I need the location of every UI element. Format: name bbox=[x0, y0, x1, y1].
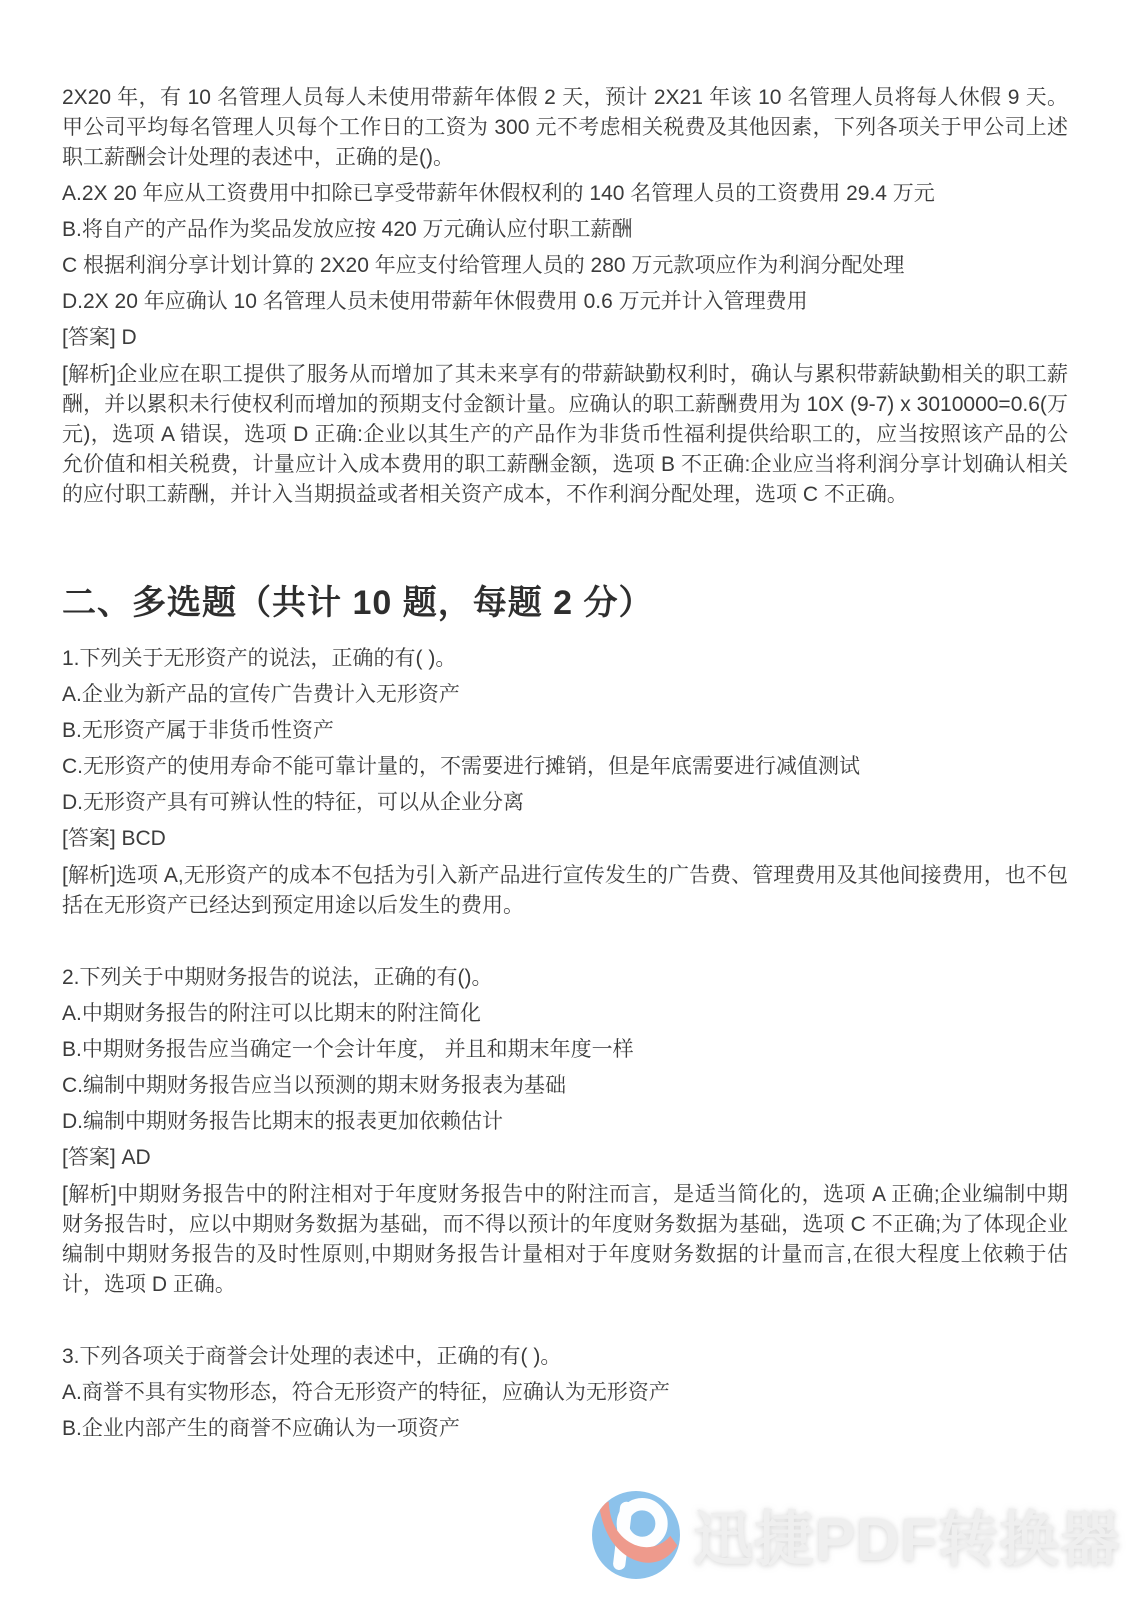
analysis-text: [解析]企业应在职工提供了服务从而增加了其未来享有的带薪缺勤权利时，确认与累积带… bbox=[62, 360, 1068, 510]
option-c: C.编制中期财务报告应当以预测的期末财务报表为基础 bbox=[62, 1071, 1068, 1101]
option-a: A.商誉不具有实物形态，符合无形资产的特征，应确认为无形资产 bbox=[62, 1378, 1068, 1408]
answer-line: [答案] AD bbox=[62, 1143, 1068, 1173]
question-stem: 2.下列关于中期财务报告的说法，正确的有()。 bbox=[62, 963, 1068, 993]
option-d: D.2X 20 年应确认 10 名管理人员未使用带薪年休假费用 0.6 万元并计… bbox=[62, 287, 1068, 317]
watermark: 迅捷PDF转换器 bbox=[592, 1491, 1121, 1579]
question-stem: 3.下列各项关于商誉会计处理的表述中，正确的有( )。 bbox=[62, 1342, 1068, 1372]
section-title: 二、多选题（共计 10 题，每题 2 分） bbox=[62, 580, 1068, 626]
option-c: C 根据利润分享计划计算的 2X20 年应支付给管理人员的 280 万元款项应作… bbox=[62, 251, 1068, 281]
option-d: D.编制中期财务报告比期末的报表更加依赖估计 bbox=[62, 1107, 1068, 1137]
option-a: A.中期财务报告的附注可以比期末的附注简化 bbox=[62, 999, 1068, 1029]
option-c: C.无形资产的使用寿命不能可靠计量的，不需要进行摊销，但是年底需要进行减值测试 bbox=[62, 752, 1068, 782]
question-block-2: 2.下列关于中期财务报告的说法，正确的有()。 A.中期财务报告的附注可以比期末… bbox=[62, 963, 1068, 1300]
question-block-3: 3.下列各项关于商誉会计处理的表述中，正确的有( )。 A.商誉不具有实物形态，… bbox=[62, 1342, 1068, 1444]
option-list: A.企业为新产品的宣传广告费计入无形资产 B.无形资产属于非货币性资产 C.无形… bbox=[62, 680, 1068, 818]
option-b: B.中期财务报告应当确定一个会计年度， 并且和期末年度一样 bbox=[62, 1035, 1068, 1065]
watermark-text: 迅捷PDF转换器 bbox=[693, 1492, 1121, 1578]
xunjie-pdf-converter-logo-icon bbox=[592, 1491, 680, 1579]
option-list: A.2X 20 年应从工资费用中扣除已享受带薪年休假权利的 140 名管理人员的… bbox=[62, 179, 1068, 317]
answer-line: [答案] D bbox=[62, 323, 1068, 353]
option-a: A.2X 20 年应从工资费用中扣除已享受带薪年休假权利的 140 名管理人员的… bbox=[62, 179, 1068, 209]
question-block-1: 1.下列关于无形资产的说法，正确的有( )。 A.企业为新产品的宣传广告费计入无… bbox=[62, 644, 1068, 921]
option-list: A.商誉不具有实物形态，符合无形资产的特征，应确认为无形资产 B.企业内部产生的… bbox=[62, 1378, 1068, 1444]
option-d: D.无形资产具有可辨认性的特征，可以从企业分离 bbox=[62, 788, 1068, 818]
analysis-text: [解析]选项 A,无形资产的成本不包括为引入新产品进行宣传发生的广告费、管理费用… bbox=[62, 861, 1068, 921]
question-block-single: 2X20 年，有 10 名管理人员每人未使用带薪年体假 2 天，预计 2X21 … bbox=[62, 83, 1068, 510]
document-page: 2X20 年，有 10 名管理人员每人未使用带薪年体假 2 天，预计 2X21 … bbox=[0, 0, 1131, 1600]
question-stem: 1.下列关于无形资产的说法，正确的有( )。 bbox=[62, 644, 1068, 674]
option-list: A.中期财务报告的附注可以比期末的附注简化 B.中期财务报告应当确定一个会计年度… bbox=[62, 999, 1068, 1137]
option-b: B.将自产的产品作为奖品发放应按 420 万元确认应付职工薪酬 bbox=[62, 215, 1068, 245]
option-b: B.企业内部产生的商誉不应确认为一项资产 bbox=[62, 1414, 1068, 1444]
option-a: A.企业为新产品的宣传广告费计入无形资产 bbox=[62, 680, 1068, 710]
option-b: B.无形资产属于非货币性资产 bbox=[62, 716, 1068, 746]
question-stem: 2X20 年，有 10 名管理人员每人未使用带薪年体假 2 天，预计 2X21 … bbox=[62, 83, 1068, 173]
analysis-text: [解析]中期财务报告中的附注相对于年度财务报告中的附注而言，是适当简化的，选项 … bbox=[62, 1180, 1068, 1300]
answer-line: [答案] BCD bbox=[62, 824, 1068, 854]
